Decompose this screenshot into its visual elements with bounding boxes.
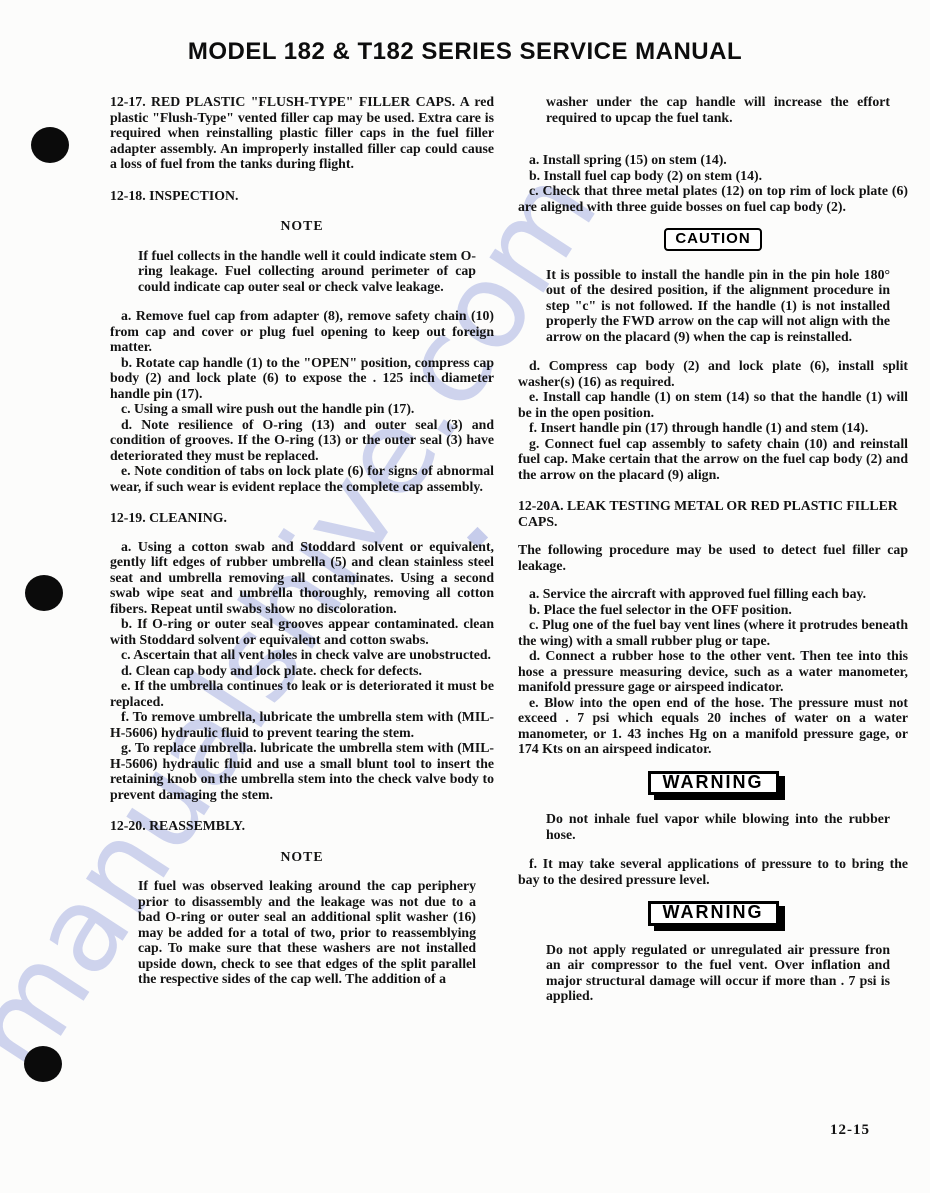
note-text: If fuel was observed leaking around the …	[138, 878, 476, 987]
note-text: If fuel collects in the handle well it c…	[138, 248, 476, 295]
list-item: e. Install cap handle (1) on stem (14) s…	[518, 389, 908, 420]
list-item: a. Service the aircraft with approved fu…	[518, 586, 908, 602]
note-text: Do not inhale fuel vapor while blowing i…	[546, 811, 890, 842]
list-item: b. Place the fuel selector in the OFF po…	[518, 602, 908, 618]
list-item: b. Install fuel cap body (2) on stem (14…	[518, 168, 908, 184]
page-number: 12-15	[830, 1122, 870, 1139]
warning-box: WARNING	[518, 901, 908, 926]
binder-hole	[31, 127, 69, 163]
list-item: d. Clean cap body and lock plate. check …	[110, 663, 494, 679]
warning-box: WARNING	[518, 771, 908, 796]
section-heading: 12-20A. LEAK TESTING METAL OR RED PLASTI…	[518, 498, 908, 529]
list-item: d. Note resilience of O-ring (13) and ou…	[110, 417, 494, 464]
binder-hole	[25, 575, 63, 611]
right-column: washer under the cap handle will increas…	[518, 94, 908, 1018]
list-item: f. It may take several applications of p…	[518, 856, 908, 887]
caution-box: CAUTION	[518, 228, 908, 251]
note-text: Do not apply regulated or unregulated ai…	[546, 942, 890, 1004]
note-label: NOTE	[110, 218, 494, 234]
spacer	[518, 139, 908, 152]
list-item: a. Remove fuel cap from adapter (8), rem…	[110, 308, 494, 355]
binder-hole	[24, 1046, 62, 1082]
section-heading: 12-18. INSPECTION.	[110, 188, 494, 204]
list-item: b. If O-ring or outer seal grooves appea…	[110, 616, 494, 647]
list-item: c. Ascertain that all vent holes in chec…	[110, 647, 494, 663]
list-item: g. Connect fuel cap assembly to safety c…	[518, 436, 908, 483]
list-item: c. Plug one of the fuel bay vent lines (…	[518, 617, 908, 648]
section-heading: 12-20. REASSEMBLY.	[110, 818, 494, 834]
warning-box-label: WARNING	[648, 771, 779, 796]
note-text: It is possible to install the handle pin…	[546, 267, 890, 345]
list-item: b. Rotate cap handle (1) to the "OPEN" p…	[110, 355, 494, 402]
list-item: e. Note condition of tabs on lock plate …	[110, 463, 494, 494]
list-item: f. To remove umbrella, lubricate the umb…	[110, 709, 494, 740]
section-heading: 12-19. CLEANING.	[110, 510, 494, 526]
list-item: f. Insert handle pin (17) through handle…	[518, 420, 908, 436]
list-item: a. Install spring (15) on stem (14).	[518, 152, 908, 168]
paragraph: The following procedure may be used to d…	[518, 542, 908, 573]
note-text: washer under the cap handle will increas…	[546, 94, 890, 125]
list-item: c. Check that three metal plates (12) on…	[518, 183, 908, 214]
list-item: e. If the umbrella continues to leak or …	[110, 678, 494, 709]
left-column: 12-17. RED PLASTIC "FLUSH-TYPE" FILLER C…	[110, 94, 494, 1001]
list-item: d. Connect a rubber hose to the other ve…	[518, 648, 908, 695]
list-item: d. Compress cap body (2) and lock plate …	[518, 358, 908, 389]
manual-page: manualshive.com MODEL 182 & T182 SERIES …	[0, 0, 930, 1193]
list-item: e. Blow into the open end of the hose. T…	[518, 695, 908, 757]
list-item: c. Using a small wire push out the handl…	[110, 401, 494, 417]
paragraph: 12-17. RED PLASTIC "FLUSH-TYPE" FILLER C…	[110, 94, 494, 172]
caution-box-label: CAUTION	[664, 228, 761, 251]
list-item: a. Using a cotton swab and Stoddard solv…	[110, 539, 494, 617]
warning-box-label: WARNING	[648, 901, 779, 926]
list-item: g. To replace umbrella. lubricate the um…	[110, 740, 494, 802]
note-label: NOTE	[110, 849, 494, 865]
page-title: MODEL 182 & T182 SERIES SERVICE MANUAL	[0, 38, 930, 66]
